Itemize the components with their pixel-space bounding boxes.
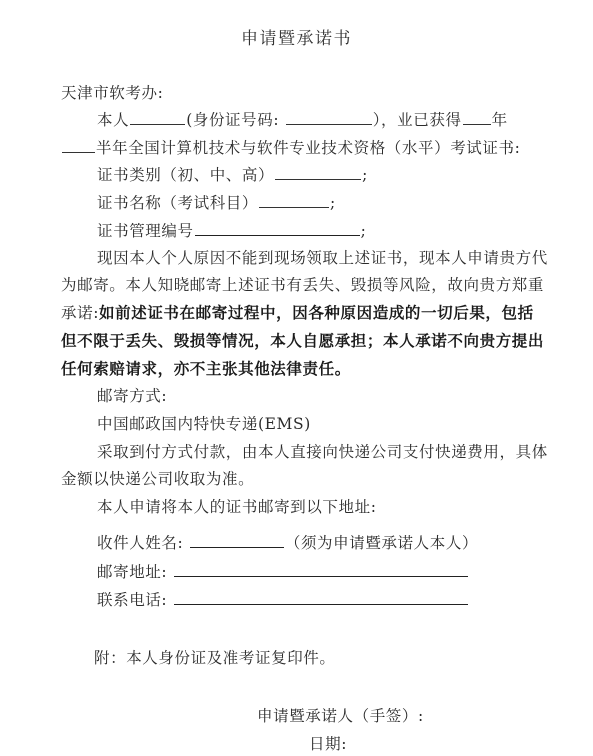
certificate-category-field: 证书类别（初、中、高）; bbox=[97, 165, 368, 185]
statement-line-5: 任何索赔请求，亦不主张其他法律责任。 bbox=[61, 359, 351, 379]
mailing-address-label: 邮寄地址: bbox=[97, 563, 173, 581]
semicolon: ; bbox=[362, 166, 368, 184]
intro-line-2: 半年全国计算机技术与软件专业技术资格（水平）考试证书: bbox=[61, 138, 520, 158]
payment-line-2: 金额以快递公司收取为准。 bbox=[61, 469, 254, 489]
statement-line-4: 但不限于丢失、毁损等情况，本人自愿承担；本人承诺不向贵方提出 bbox=[61, 331, 544, 351]
addressee: 天津市软考办: bbox=[61, 83, 163, 103]
certificate-number-label: 证书管理编号 bbox=[97, 222, 194, 240]
semicolon: ; bbox=[361, 222, 367, 240]
intro-text-4: 年 bbox=[492, 111, 508, 129]
id-number-blank[interactable] bbox=[286, 110, 372, 125]
recipient-name-note: （须为申请暨承诺人本人） bbox=[285, 534, 478, 552]
year-blank[interactable] bbox=[463, 110, 491, 125]
half-year-blank[interactable] bbox=[62, 138, 95, 153]
certificate-name-label: 证书名称（考试科目） bbox=[97, 194, 258, 212]
document-title: 申请暨承诺书 bbox=[0, 24, 593, 49]
name-blank[interactable] bbox=[130, 110, 185, 125]
phone-label: 联系电话: bbox=[97, 591, 173, 609]
payment-line-1: 采取到付方式付款，由本人直接向快递公司支付快递费用，具体 bbox=[97, 442, 548, 462]
certificate-category-label: 证书类别（初、中、高） bbox=[97, 166, 274, 184]
intro-text-5: 半年全国计算机技术与软件专业技术资格（水平）考试证书: bbox=[96, 139, 520, 157]
statement-line-3-bold: 如前述证书在邮寄过程中，因各种原因造成的一切后果，包括 bbox=[99, 303, 534, 322]
intro-text-3: ），业已获得 bbox=[373, 111, 462, 129]
statement-line-1: 现因本人个人原因不能到现场领取上述证书，现本人申请贵方代 bbox=[97, 248, 548, 268]
semicolon: ; bbox=[330, 194, 336, 212]
mailing-address-field: 邮寄地址: bbox=[97, 562, 469, 582]
intro-text-2: (身份证号码: bbox=[186, 111, 285, 129]
certificate-name-blank[interactable] bbox=[259, 193, 329, 208]
attachment-note: 附：本人身份证及准考证复印件。 bbox=[94, 648, 336, 668]
statement-line-3: 承诺:如前述证书在邮寄过程中，因各种原因造成的一切后果，包括 bbox=[61, 303, 534, 323]
intro-text-1: 本人 bbox=[97, 111, 129, 129]
certificate-category-blank[interactable] bbox=[275, 165, 361, 180]
mailing-method-value: 中国邮政国内特快专递(EMS) bbox=[97, 414, 311, 434]
recipient-name-label: 收件人姓名: bbox=[97, 534, 189, 552]
phone-field: 联系电话: bbox=[97, 590, 469, 610]
statement-line-3-normal: 承诺: bbox=[61, 304, 99, 322]
mailing-address-blank[interactable] bbox=[174, 562, 468, 577]
phone-blank[interactable] bbox=[174, 590, 468, 605]
mailing-method-label: 邮寄方式: bbox=[97, 386, 167, 406]
recipient-name-field: 收件人姓名: （须为申请暨承诺人本人） bbox=[97, 533, 478, 553]
signer-label: 申请暨承诺人（手签）: bbox=[257, 706, 424, 726]
certificate-name-field: 证书名称（考试科目）; bbox=[97, 193, 336, 213]
certificate-number-blank[interactable] bbox=[195, 221, 360, 236]
certificate-number-field: 证书管理编号; bbox=[97, 221, 366, 241]
statement-line-2: 为邮寄。本人知晓邮寄上述证书有丢失、毁损等风险，故向贵方郑重 bbox=[61, 275, 544, 295]
mailing-request: 本人申请将本人的证书邮寄到以下地址: bbox=[97, 497, 377, 517]
date-label: 日期: bbox=[309, 734, 347, 754]
intro-line-1: 本人(身份证号码: ），业已获得年 bbox=[97, 110, 508, 130]
recipient-name-blank[interactable] bbox=[190, 533, 284, 548]
